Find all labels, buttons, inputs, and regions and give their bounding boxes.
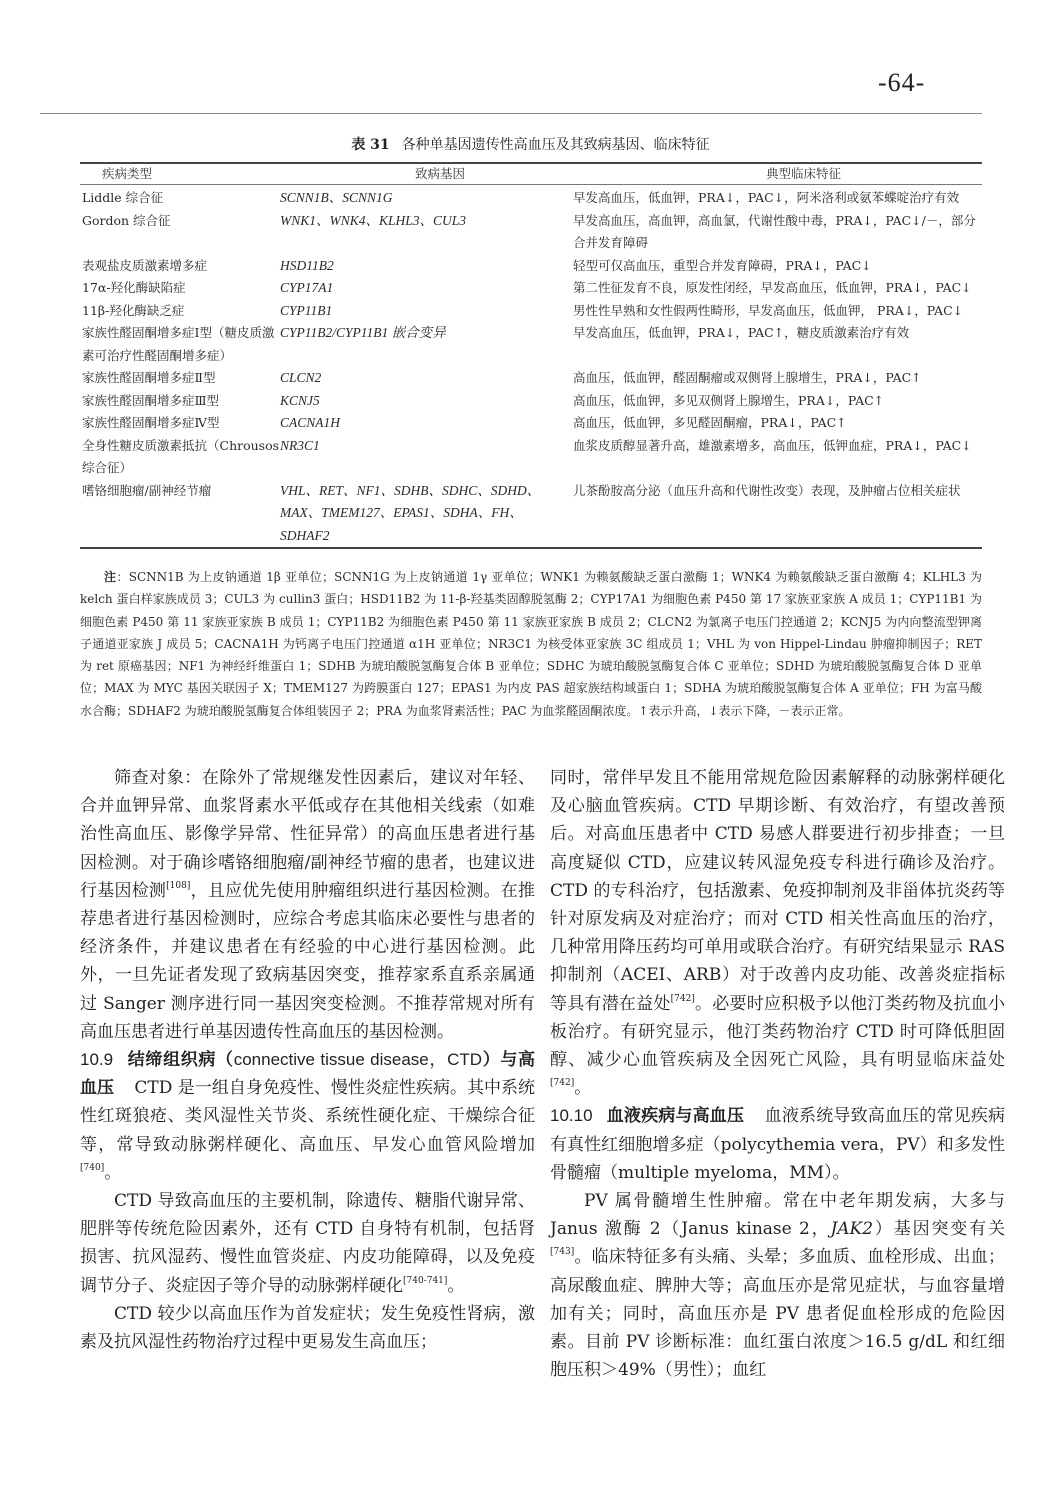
genes-cell: VHL、RET、NF1、SDHB、SDHC、SDHD、MAX、TMEM127、E… xyxy=(280,480,565,548)
table-row: 家族性醛固酮增多症Ⅱ型 CLCN2 高血压，低血钾，醛固酮瘤或双侧肾上腺增生，P… xyxy=(80,367,982,390)
genes-cell: CLCN2 xyxy=(280,367,565,390)
citation: [743] xyxy=(550,1247,574,1257)
features-cell: 第二性征发育不良，原发性闭经，早发高血压，低血钾，PRA↓，PAC↓ xyxy=(565,277,982,300)
paragraph-ctd-mechanism: CTD 导致高血压的主要机制，除遗传、糖脂代谢异常、肥胖等传统危险因素外，还有 … xyxy=(80,1187,535,1300)
genes-cell: KCNJ5 xyxy=(280,390,565,413)
disease-cell: 表观盐皮质激素增多症 xyxy=(80,255,280,278)
header-rule xyxy=(40,113,982,114)
table-row: Gordon 综合征 WNK1、WNK4、KLHL3、CUL3 早发高血压，高血… xyxy=(80,210,982,255)
note-text: ：SCNN1B 为上皮钠通道 1β 亚单位；SCNN1G 为上皮钠通道 1γ 亚… xyxy=(80,570,982,718)
table-row: 嗜铬细胞瘤/副神经节瘤 VHL、RET、NF1、SDHB、SDHC、SDHD、M… xyxy=(80,480,982,548)
section-title: 血液疾病与高血压 xyxy=(607,1106,745,1126)
paragraph-pv: PV 属骨髓增生性肿瘤。常在中老年期发病，大多与 Janus 激酶 2（Janu… xyxy=(550,1187,1005,1384)
genes-cell: CYP17A1 xyxy=(280,277,565,300)
table-note: 注：SCNN1B 为上皮钠通道 1β 亚单位；SCNN1G 为上皮钠通道 1γ … xyxy=(80,566,982,722)
section-number: 10.9 xyxy=(80,1050,113,1069)
citation: [742] xyxy=(671,994,695,1004)
gene-name: JAK2 xyxy=(830,1219,873,1239)
genes-cell: NR3C1 xyxy=(280,435,565,480)
note-label: 注 xyxy=(104,570,116,584)
disease-cell: 家族性醛固酮增多症Ⅰ型（糖皮质激素可治疗性醛固酮增多症） xyxy=(80,322,280,367)
paragraph-screening: 筛查对象：在除外了常规继发性因素后，建议对年轻、合并血钾异常、血浆肾素水平低或存… xyxy=(80,764,535,1046)
disease-cell: Liddle 综合征 xyxy=(80,187,280,210)
table-title: 各种单基因遗传性高血压及其致病基因、临床特征 xyxy=(402,137,710,153)
genes-cell: CYP11B1 xyxy=(280,300,565,323)
table-row: 家族性醛固酮增多症Ⅰ型（糖皮质激素可治疗性醛固酮增多症） CYP11B2/CYP… xyxy=(80,322,982,367)
section-number: 10.10 xyxy=(550,1106,593,1125)
section-10-9: 10.9结缔组织病（connective tissue disease，CTD）… xyxy=(80,1046,535,1187)
genes-cell: CACNA1H xyxy=(280,412,565,435)
features-cell: 高血压，低血钾，醛固酮瘤或双侧肾上腺增生，PRA↓，PAC↑ xyxy=(565,367,982,390)
features-cell: 高血压，低血钾，多见醛固酮瘤，PRA↓，PAC↑ xyxy=(565,412,982,435)
table-row: 家族性醛固酮增多症Ⅳ型 CACNA1H 高血压，低血钾，多见醛固酮瘤，PRA↓，… xyxy=(80,412,982,435)
table-row: 表观盐皮质激素增多症 HSD11B2 轻型可仅高血压，重型合并发育障碍，PRA↓… xyxy=(80,255,982,278)
features-cell: 轻型可仅高血压，重型合并发育障碍，PRA↓，PAC↓ xyxy=(565,255,982,278)
disease-cell: 家族性醛固酮增多症Ⅳ型 xyxy=(80,412,280,435)
gene-table: 疾病类型 致病基因 典型临床特征 Liddle 综合征 SCNN1B、SCNN1… xyxy=(80,162,982,549)
header-disease: 疾病类型 xyxy=(80,164,280,184)
disease-cell: 嗜铬细胞瘤/副神经节瘤 xyxy=(80,480,280,548)
features-cell: 早发高血压，高血钾，高血氯，代谢性酸中毒，PRA↓，PAC↓/－，部分合并发育障… xyxy=(565,210,982,255)
table-header-row: 疾病类型 致病基因 典型临床特征 xyxy=(80,164,982,184)
disease-cell: Gordon 综合征 xyxy=(80,210,280,255)
citation: [108] xyxy=(166,881,190,891)
left-column: 筛查对象：在除外了常规继发性因素后，建议对年轻、合并血钾异常、血浆肾素水平低或存… xyxy=(80,764,535,1356)
table-row: 家族性醛固酮增多症Ⅲ型 KCNJ5 高血压，低血钾，多见双侧肾上腺增生，PRA↓… xyxy=(80,390,982,413)
disease-cell: 11β-羟化酶缺乏症 xyxy=(80,300,280,323)
features-cell: 血浆皮质醇显著升高，雄激素增多，高血压，低钾血症，PRA↓，PAC↓ xyxy=(565,435,982,480)
table-row: 17α-羟化酶缺陷症 CYP17A1 第二性征发育不良，原发性闭经，早发高血压，… xyxy=(80,277,982,300)
paragraph-ctd-treatment: 同时，常伴早发且不能用常规危险因素解释的动脉粥样硬化及心脑血管疾病。CTD 早期… xyxy=(550,764,1005,1102)
features-cell: 男性性早熟和女性假两性畸形，早发高血压，低血钾， PRA↓，PAC↓ xyxy=(565,300,982,323)
table-caption: 表 31各种单基因遗传性高血压及其致病基因、临床特征 xyxy=(0,134,1061,154)
header-genes: 致病基因 xyxy=(280,164,570,184)
page-number: -64- xyxy=(878,68,925,98)
citation: [742] xyxy=(550,1078,574,1088)
table-number: 表 31 xyxy=(351,137,389,153)
table-row: 全身性糖皮质激素抵抗（Chrousos 综合征） NR3C1 血浆皮质醇显著升高… xyxy=(80,435,982,480)
features-cell: 高血压，低血钾，多见双侧肾上腺增生，PRA↓，PAC↑ xyxy=(565,390,982,413)
right-column: 同时，常伴早发且不能用常规危险因素解释的动脉粥样硬化及心脑血管疾病。CTD 早期… xyxy=(550,764,1005,1384)
features-cell: 早发高血压，低血钾，PRA↓，PAC↑，糖皮质激素治疗有效 xyxy=(565,322,982,367)
features-cell: 早发高血压，低血钾，PRA↓，PAC↓，阿米洛利或氨苯蝶啶治疗有效 xyxy=(565,187,982,210)
header-features: 典型临床特征 xyxy=(570,164,982,184)
table-row: 11β-羟化酶缺乏症 CYP11B1 男性性早熟和女性假两性畸形，早发高血压，低… xyxy=(80,300,982,323)
features-cell: 儿茶酚胺高分泌（血压升高和代谢性改变）表现，及肿瘤占位相关症状 xyxy=(565,480,982,548)
citation: [740] xyxy=(80,1163,104,1173)
table-row: Liddle 综合征 SCNN1B、SCNN1G 早发高血压，低血钾，PRA↓，… xyxy=(80,187,982,210)
disease-cell: 家族性醛固酮增多症Ⅱ型 xyxy=(80,367,280,390)
table-bottom-rule xyxy=(80,547,982,549)
genes-cell: CYP11B2/CYP11B1 嵌合变异 xyxy=(280,322,565,367)
genes-cell: WNK1、WNK4、KLHL3、CUL3 xyxy=(280,210,565,255)
disease-cell: 全身性糖皮质激素抵抗（Chrousos 综合征） xyxy=(80,435,280,480)
genes-cell: SCNN1B、SCNN1G xyxy=(280,187,565,210)
paragraph-ctd-symptoms: CTD 较少以高血压作为首发症状；发生免疫性肾病，激素及抗风湿性药物治疗过程中更… xyxy=(80,1300,535,1356)
disease-cell: 17α-羟化酶缺陷症 xyxy=(80,277,280,300)
section-10-10: 10.10血液疾病与高血压血液系统导致高血压的常见疾病有真性红细胞增多症（pol… xyxy=(550,1102,1005,1187)
genes-cell: HSD11B2 xyxy=(280,255,565,278)
citation: [740-741] xyxy=(403,1276,447,1286)
disease-cell: 家族性醛固酮增多症Ⅲ型 xyxy=(80,390,280,413)
